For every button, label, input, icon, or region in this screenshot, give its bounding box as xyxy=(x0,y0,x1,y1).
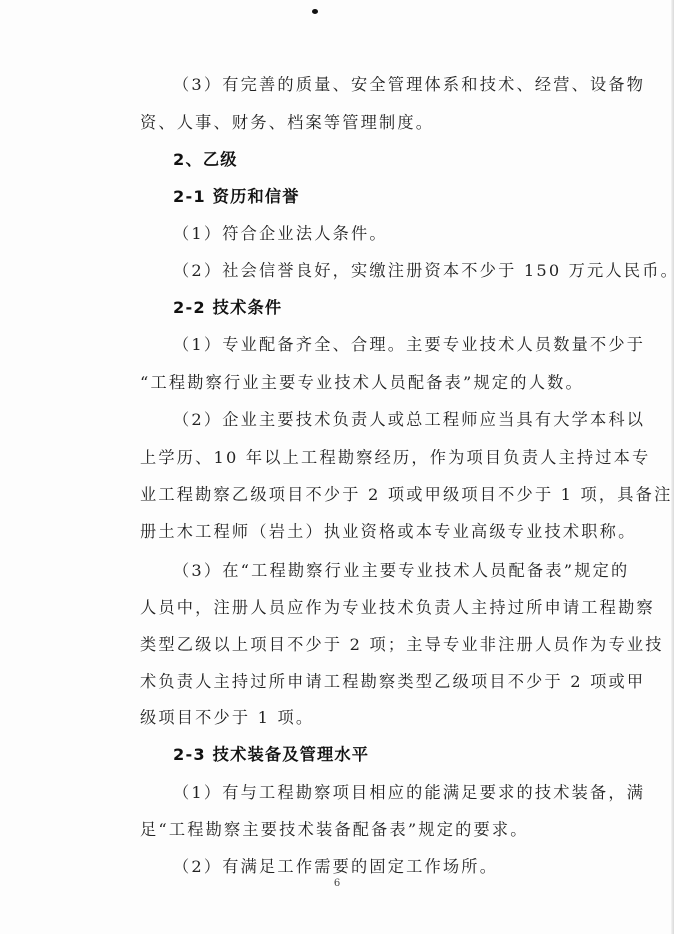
paragraph-line: 人员中，注册人员应作为专业技术负责人主持过所申请工程勘察 xyxy=(140,598,614,618)
paragraph-line: （3）有完善的质量、安全管理体系和技术、经营、设备物 xyxy=(173,75,614,95)
paragraph-line: （2）有满足工作需要的固定工作场所。 xyxy=(173,857,614,877)
paragraph-line: “工程勘察行业主要专业技术人员配备表”规定的人数。 xyxy=(140,373,614,393)
scan-mark xyxy=(312,9,318,14)
paragraph-line: 术负责人主持过所申请工程勘察类型乙级项目不少于 2 项或甲 xyxy=(140,672,614,692)
paragraph-line: 上学历、10 年以上工程勘察经历，作为项目负责人主持过本专 xyxy=(140,448,614,468)
paragraph-line: 级项目不少于 1 项。 xyxy=(140,708,614,728)
section-heading: 2-1 资历和信誉 xyxy=(173,187,614,207)
paragraph-line: （2）企业主要技术负责人或总工程师应当具有大学本科以 xyxy=(173,410,614,430)
paragraph-line: （1）符合企业法人条件。 xyxy=(173,224,614,244)
page-number: 6 xyxy=(0,878,674,889)
paragraph-line: （2）社会信誉良好，实缴注册资本不少于 150 万元人民币。 xyxy=(173,261,614,281)
paragraph-line: 资、人事、财务、档案等管理制度。 xyxy=(140,113,614,133)
paragraph-line: 册土木工程师（岩土）执业资格或本专业高级专业技术职称。 xyxy=(140,522,614,542)
paragraph-line: （3）在“工程勘察行业主要专业技术人员配备表”规定的 xyxy=(173,561,614,581)
paragraph-line: 业工程勘察乙级项目不少于 2 项或甲级项目不少于 1 项，具备注 xyxy=(140,485,614,505)
paragraph-line: 类型乙级以上项目不少于 2 项；主导专业非注册人员作为专业技 xyxy=(140,635,614,655)
paragraph-line: 足“工程勘察主要技术装备配备表”规定的要求。 xyxy=(140,820,614,840)
paragraph-line: （1）专业配备齐全、合理。主要专业技术人员数量不少于 xyxy=(173,335,614,355)
document-page: （3）有完善的质量、安全管理体系和技术、经营、设备物资、人事、财务、档案等管理制… xyxy=(0,0,674,934)
paragraph-line: （1）有与工程勘察项目相应的能满足要求的技术装备，满 xyxy=(173,783,614,803)
section-heading: 2-2 技术条件 xyxy=(173,298,614,318)
section-heading: 2-3 技术装备及管理水平 xyxy=(173,745,614,765)
section-heading: 2、乙级 xyxy=(173,150,614,170)
